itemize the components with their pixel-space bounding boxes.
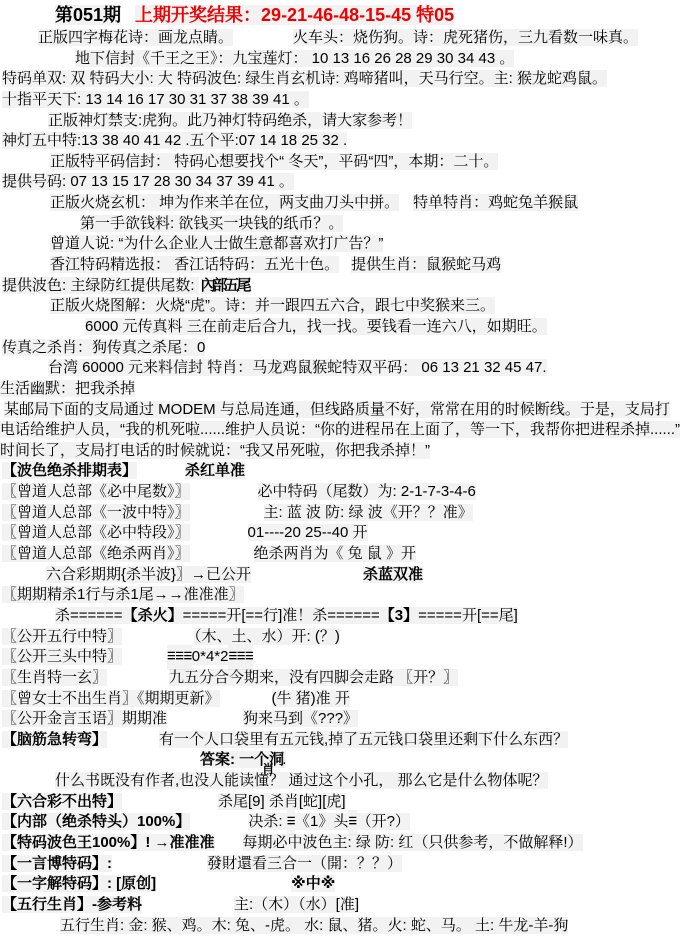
text-segment: . [282, 751, 286, 768]
text-segment: 神灯五中特:13 38 40 41 42 .五个平:07 14 18 25 32… [2, 132, 347, 149]
text-segment: 九五分合今期来，没有四脚会走路 〖开？〗 [169, 669, 458, 686]
text-segment: 地下信封《千王之王》：九宝莲灯： 10 13 16 26 28 29 30 34… [75, 50, 514, 67]
text-segment: ※中※ [291, 875, 335, 892]
text-line: 地下信封《千王之王》：九宝莲灯： 10 13 16 26 28 29 30 34… [0, 49, 688, 70]
text-line: 第一手欲钱料: 欲钱买一块钱的纸币？。 [0, 214, 688, 235]
text-segment: 绝杀两肖为《 兔 鼠 》开 [254, 545, 417, 562]
sheet-header: 第051期上期开奖结果：29-21-46-48-15-45 特05 [0, 3, 688, 28]
text-segment: 特单特肖：鸡蛇兔羊猴鼠 [413, 194, 578, 211]
text-line: 正版火烧玄机： 坤为作来羊在位，两支曲刀头中拼。特单特肖：鸡蛇兔羊猴鼠 [0, 193, 688, 214]
text-segment: (牛 猪)准 开 [272, 690, 350, 707]
text-segment: 杀红单准 [185, 462, 245, 479]
text-line: 特码单双: 双 特码大小: 大 特码波色: 绿生肖玄机诗: 鸡啼猪叫，天马行空。… [0, 69, 688, 90]
text-segment: 第一手欲钱料: 欲钱买一块钱的纸币？。 [80, 215, 343, 232]
text-segment: 〖生肖特一玄〗 [2, 669, 107, 686]
text-segment: 杀====== [55, 607, 123, 624]
text-segment: 香江特码精选报： 香江话特码：五光十色。 [50, 256, 339, 273]
text-segment: 【五行生肖】-参考料 [2, 896, 142, 913]
text-segment: 某邮局下面的支局通过 MODEM 与总局连通，但线路质量不好，常常在用的时候断线… [4, 401, 670, 418]
text-segment: 正版火烧玄机： 坤为作来羊在位，两支曲刀头中拼。 [50, 194, 399, 211]
text-segment: =====开[==行]准！杀====== [183, 607, 380, 624]
text-segment: 〖公开五行中特〗 [2, 628, 122, 645]
text-segment: （开?） [357, 813, 410, 830]
text-line: 【波色绝杀排期表】杀红单准 [0, 461, 688, 482]
text-segment: 〖公开金言玉语〗期期准 [2, 710, 167, 727]
text-segment: 〖曾道人总部《必中尾数》〗 [2, 483, 190, 500]
text-line: 〖曾道人总部《必中特段》〗01----20 25--40 开 [0, 523, 688, 544]
text-line: 〖曾道人总部《绝杀两肖》〗绝杀两肖为《 兔 鼠 》开 [0, 544, 688, 565]
text-segment: ≡ [348, 810, 356, 835]
text-segment: 提供生肖：鼠猴蛇马鸡 [351, 256, 501, 273]
text-line: 〖曾道人总部《一波中特》〗主: 蓝 波 防: 绿 波《开？？准》 [0, 503, 688, 524]
text-segment: （木、土、水）开: (？) [194, 628, 340, 645]
text-segment: 主: 蓝 波 防: 绿 波《开？？准》 [264, 504, 473, 521]
text-line: 什么书既没有作者,也没人能读懂？ 通过这个小孔， 那么它是什么物体呢？ [0, 771, 688, 792]
text-segment: 正版火烧图解：火烧“虎”。诗：并一跟四五六合，跟七中奖猴来三。 [50, 297, 495, 314]
text-segment: ≡≡≡ [228, 645, 253, 670]
text-segment: 〖曾道人总部《一波中特》〗 [2, 504, 190, 521]
text-segment: 什么书既没有作者,也没人能读懂？ 通过这个小孔， 那么它是什么物体呢？ [55, 772, 548, 789]
text-segment: 火车头：烧伤狗。诗：虎死猪伤，三九看数一味真。 [293, 29, 638, 46]
text-segment: 〖曾女士不出生肖〗《期期更新》 [2, 690, 220, 707]
text-line: 杀======【杀火】=====开[==行]准！杀======【3】=====开… [0, 606, 688, 627]
text-line: 生活幽默：把我杀掉 [0, 379, 688, 400]
text-line: 〖曾女士不出生肖〗《期期更新》(牛 猪)准 开 [0, 689, 688, 710]
text-segment: 〖曾道人总部《绝杀两肖》〗 [2, 545, 190, 562]
text-segment: 《1》头 [295, 813, 348, 830]
text-segment: 杀尾[9] 杀肖[蛇][虎] [218, 793, 346, 810]
text-line: 〖公开五行中特〗（木、土、水）开: (？) [0, 627, 688, 648]
text-segment: 曾道人说: “为什么企业人士做生意都喜欢打广告？” [50, 235, 383, 252]
text-line: 〖期期精杀1行与杀1尾→→准准准〗 [0, 585, 688, 606]
text-segment: 电话给维护人员，“我的机死啦......维护人员说：“你的进程吊在上面了，等一下… [0, 421, 680, 438]
text-segment: 正版四字梅花诗：画龙点睛。 [38, 29, 233, 46]
text-line: 时间长了，支局打电话的时候就说：“我又吊死啦，你把我杀掉！” [0, 441, 688, 462]
text-segment: 【杀火】 [123, 607, 183, 624]
text-segment: 狗来马到《???》 [243, 710, 358, 727]
text-segment: 【一言博特码】: [2, 855, 112, 872]
text-segment: 【波色绝杀排期表】 [2, 462, 137, 479]
text-line: 曾道人说: “为什么企业人士做生意都喜欢打广告？” [0, 234, 688, 255]
text-segment: 提供号码: 07 13 15 17 28 30 34 37 39 41 。 [2, 173, 294, 190]
text-segment: 正版神灯禁支:虎狗。此乃神灯特码绝杀，请大家参考！ [48, 112, 412, 129]
text-line: 【六合彩不出特】杀尾[9] 杀肖[蛇][虎] [0, 792, 688, 813]
text-line: 十指平天下: 13 14 16 17 30 31 37 38 39 41 。 [0, 90, 688, 111]
text-segment: 發財還看三合一（開：？？） [207, 855, 402, 872]
text-line: 【特码波色王100%】! →准准准每期必中波色主: 绿 防: 红（只供参考，不做… [0, 833, 688, 854]
text-line: 某邮局下面的支局通过 MODEM 与总局连通，但线路质量不好，常常在用的时候断线… [0, 400, 688, 421]
text-segment: ≡ [287, 810, 295, 835]
text-segment: ≡≡≡ [167, 645, 192, 670]
text-line: 【一言博特码】:發財還看三合一（開：？？） [0, 854, 688, 875]
text-segment: 必中特码（尾数）为: 2-1-7-3-4-6 [258, 483, 476, 500]
text-line: 五行生肖: 金: 猴、鸡。木: 兔、-虎。 水: 鼠、猪。火: 蛇、马。 土: … [0, 916, 688, 937]
lottery-tip-sheet: 第051期上期开奖结果：29-21-46-48-15-45 特05 正版四字梅花… [0, 0, 688, 936]
text-line: 【脑筋急转弯】有一个人口袋里有五元钱,掉了五元钱口袋里还剩下什么东西？ [0, 730, 688, 751]
overlap-char: 肖 [262, 759, 274, 780]
text-segment: 【内部（绝杀特头）100%】 [2, 813, 190, 830]
text-segment: 五行生肖: 金: 猴、鸡。木: 兔、-虎。 水: 鼠、猪。火: 蛇、马。 土: … [60, 917, 568, 934]
text-line: 【五行生肖】-参考料主:（木）（水）[准] [0, 895, 688, 916]
text-segment: 决杀: [248, 813, 286, 830]
text-segment: 6000 元传真料 三在前走后合九，找一找。要钱看一连六八，如期旺。 [85, 318, 547, 335]
text-line: 〖曾道人总部《必中尾数》〗必中特码（尾数）为: 2-1-7-3-4-6 [0, 482, 688, 503]
text-segment: 【脑筋急转弯】 [2, 731, 107, 748]
text-line: 正版火烧图解：火烧“虎”。诗：并一跟四五六合，跟七中奖猴来三。 [0, 296, 688, 317]
text-segment: 生活幽默：把我杀掉 [0, 380, 135, 397]
text-segment: 十指平天下: 13 14 16 17 30 31 37 38 39 41 。 [2, 91, 309, 108]
text-segment: 提供波色: 主绿防红提供尾数: [2, 277, 199, 294]
text-line: 提供波色: 主绿防红提供尾数: 內部五尾 [0, 276, 688, 297]
text-segment: 主:（木）（水）[准] [234, 896, 359, 913]
text-segment: 內部五尾 [201, 277, 249, 294]
text-line: 正版神灯禁支:虎狗。此乃神灯特码绝杀，请大家参考！ [0, 111, 688, 132]
sheet-lines: 正版四字梅花诗：画龙点睛。火车头：烧伤狗。诗：虎死猪伤，三九看数一味真。地下信封… [0, 28, 688, 936]
text-segment: 正版特平码信封： 特码心想要找个“ 冬天”，平码“四”，本期：二十。 [50, 153, 498, 170]
text-segment: 〖公开三头中特〗 [2, 648, 122, 665]
text-segment: 杀蓝双准 [363, 566, 423, 583]
text-line: 答案: 一个洞肖. [0, 750, 688, 771]
text-segment: 特码单双: 双 特码大小: 大 特码波色: 绿生肖玄机诗: 鸡啼猪叫，天马行空。… [2, 70, 607, 87]
text-segment: 每期必中波色主: 绿 防: 红（只供参考，不做解释!） [243, 834, 583, 851]
text-segment: 时间长了，支局打电话的时候就说：“我又吊死啦，你把我杀掉！” [0, 442, 430, 459]
issue-number: 第051期 [55, 5, 121, 25]
text-line: 【一字解特码】: [原创]※中※ [0, 874, 688, 895]
text-line: 〖公开三头中特〗≡≡≡0*4*2≡≡≡ [0, 647, 688, 668]
text-line: 传真之杀肖：狗传真之杀尾：0 [0, 338, 688, 359]
text-segment: 【一字解特码】: [原创] [2, 875, 156, 892]
text-segment: 〖曾道人总部《必中特段》〗 [2, 524, 190, 541]
text-line: 六合彩期期{杀半波}〗→已公开杀蓝双准 [0, 565, 688, 586]
last-draw-result: 上期开奖结果：29-21-46-48-15-45 特05 [135, 5, 454, 25]
text-line: 【内部（绝杀特头）100%】决杀: ≡《1》头≡（开?） [0, 812, 688, 833]
text-segment: =====开[==尾] [418, 607, 518, 624]
text-segment: 台湾 60000 元来料信封 特肖：马龙鸡鼠猴蛇特双平码： 06 13 21 3… [48, 359, 547, 376]
text-line: 提供号码: 07 13 15 17 28 30 34 37 39 41 。 [0, 172, 688, 193]
text-line: 神灯五中特:13 38 40 41 42 .五个平:07 14 18 25 32… [0, 131, 688, 152]
text-segment: 【特码波色王100%】! →准准准 [2, 834, 215, 851]
text-segment: 六合彩期期{杀半波}〗→已公开 [46, 566, 251, 583]
text-line: 〖公开金言玉语〗期期准狗来马到《???》 [0, 709, 688, 730]
text-segment: 〖期期精杀1行与杀1尾→→准准准〗 [2, 586, 244, 603]
text-segment: 【六合彩不出特】 [2, 793, 122, 810]
text-segment: 【3】 [380, 607, 418, 624]
text-segment: 传真之杀肖：狗传真之杀尾：0 [2, 339, 205, 356]
text-line: 6000 元传真料 三在前走后合九，找一找。要钱看一连六八，如期旺。 [0, 317, 688, 338]
text-line: 正版特平码信封： 特码心想要找个“ 冬天”，平码“四”，本期：二十。 [0, 152, 688, 173]
text-segment: 0*4*2 [192, 648, 229, 665]
text-line: 〖生肖特一玄〗九五分合今期来，没有四脚会走路 〖开？〗 [0, 668, 688, 689]
text-line: 电话给维护人员，“我的机死啦......维护人员说：“你的进程吊在上面了，等一下… [0, 420, 688, 441]
text-segment: 有一个人口袋里有五元钱,掉了五元钱口袋里还剩下什么东西？ [159, 731, 568, 748]
text-line: 正版四字梅花诗：画龙点睛。火车头：烧伤狗。诗：虎死猪伤，三九看数一味真。 [0, 28, 688, 49]
text-line: 台湾 60000 元来料信封 特肖：马龙鸡鼠猴蛇特双平码： 06 13 21 3… [0, 358, 688, 379]
text-line: 香江特码精选报： 香江话特码：五光十色。提供生肖：鼠猴蛇马鸡 [0, 255, 688, 276]
text-segment: 01----20 25--40 开 [248, 524, 368, 541]
